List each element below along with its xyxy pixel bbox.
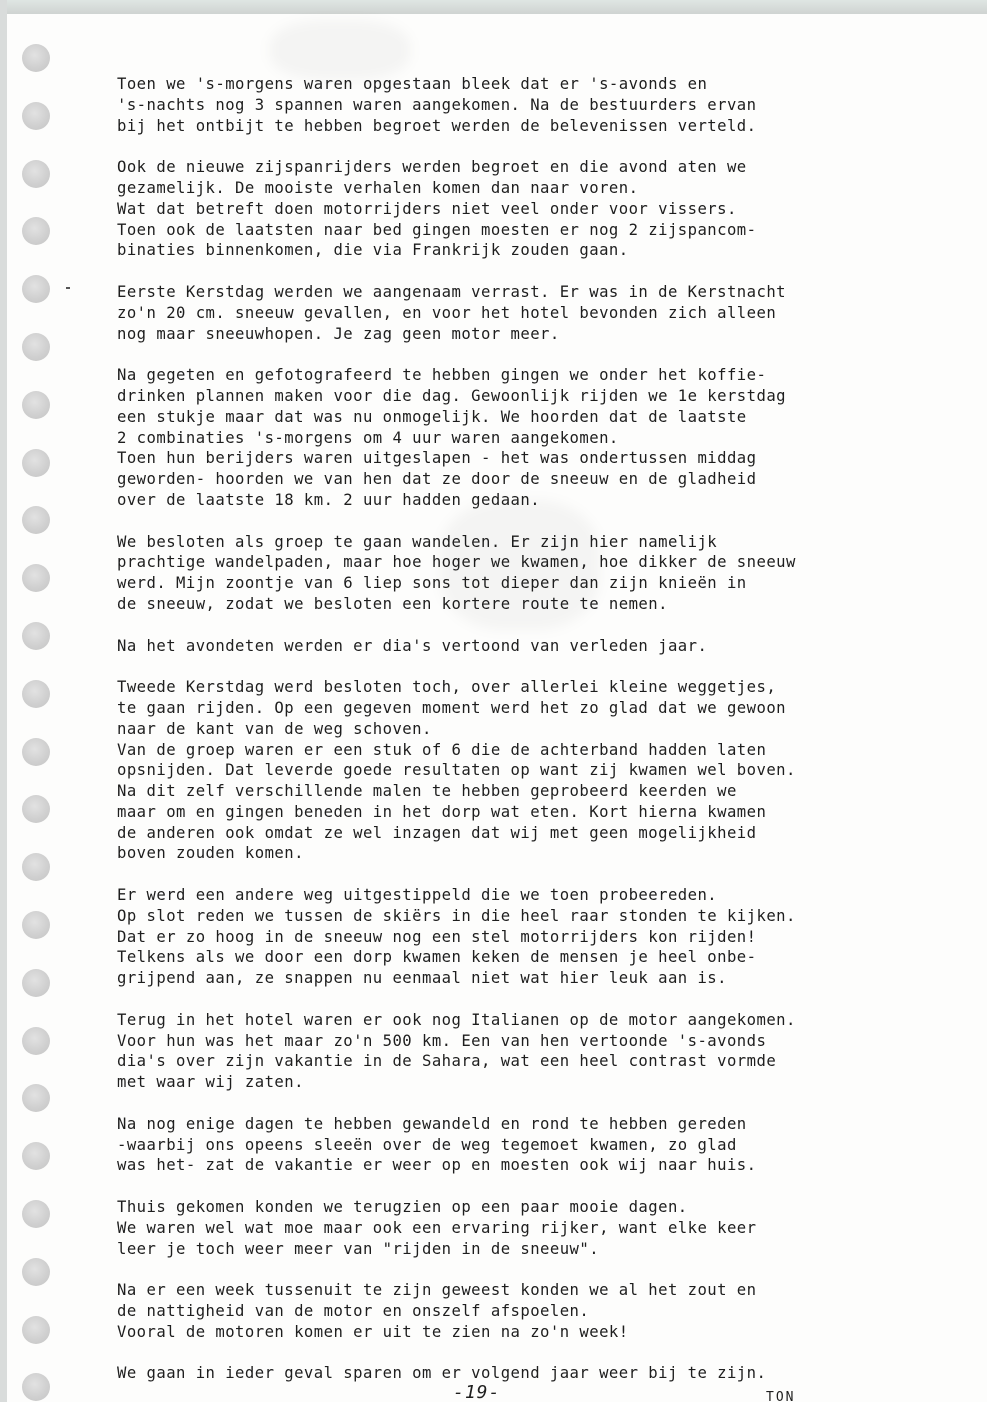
paragraph-gap xyxy=(117,1343,977,1364)
document-body: Toen we 's-morgens waren opgestaan bleek… xyxy=(117,74,977,1384)
binding-hole-icon xyxy=(22,1142,50,1170)
paragraph: Ook de nieuwe zijspanrijders werden begr… xyxy=(117,157,977,261)
binding-hole-icon xyxy=(22,1084,50,1112)
paragraph: Er werd een andere weg uitgestippeld die… xyxy=(117,885,977,989)
binding-hole-icon xyxy=(22,1316,50,1344)
text-line: Van de groep waren er een stuk of 6 die … xyxy=(117,740,977,761)
text-line: Thuis gekomen konden we terugzien op een… xyxy=(117,1197,977,1218)
text-line: werd. Mijn zoontje van 6 liep sons tot d… xyxy=(117,573,977,594)
binding-hole-icon xyxy=(22,275,50,303)
text-line: naar de kant van de weg schoven. xyxy=(117,719,977,740)
binding-hole-icon xyxy=(22,1027,50,1055)
text-line: We besloten als groep te gaan wandelen. … xyxy=(117,532,977,553)
binding-hole-icon xyxy=(22,44,50,72)
text-line: drinken plannen maken voor die dag. Gewo… xyxy=(117,386,977,407)
binding-hole-icon xyxy=(22,1373,50,1401)
text-line: leer je toch weer meer van "rijden in de… xyxy=(117,1239,977,1260)
text-line: 2 combinaties 's-morgens om 4 uur waren … xyxy=(117,428,977,449)
paragraph-gap xyxy=(117,1176,977,1197)
text-line: Vooral de motoren komen er uit te zien n… xyxy=(117,1322,977,1343)
text-line: We waren wel wat moe maar ook een ervari… xyxy=(117,1218,977,1239)
paragraph: Eerste Kerstdag werden we aangenaam verr… xyxy=(117,282,977,344)
text-line: binaties binnenkomen, die via Frankrijk … xyxy=(117,240,977,261)
text-line: zo'n 20 cm. sneeuw gevallen, en voor het… xyxy=(117,303,977,324)
paragraph: Na gegeten en gefotografeerd te hebben g… xyxy=(117,365,977,511)
binding-hole-icon xyxy=(22,795,50,823)
binding-hole-icon xyxy=(22,449,50,477)
text-line: maar om en gingen beneden in het dorp wa… xyxy=(117,802,977,823)
text-line: de nattigheid van de motor en onszelf af… xyxy=(117,1301,977,1322)
paragraph: Toen we 's-morgens waren opgestaan bleek… xyxy=(117,74,977,136)
stray-mark xyxy=(66,287,70,289)
page-number: -19- xyxy=(453,1382,500,1402)
text-line: Op slot reden we tussen de skiërs in die… xyxy=(117,906,977,927)
paragraph-gap xyxy=(117,1093,977,1114)
binding-hole-icon xyxy=(22,853,50,881)
text-line: geworden- hoorden we van hen dat ze door… xyxy=(117,469,977,490)
binding-hole-icon xyxy=(22,333,50,361)
text-line: Na nog enige dagen te hebben gewandeld e… xyxy=(117,1114,977,1135)
text-line: Na het avondeten werden er dia's vertoon… xyxy=(117,636,977,657)
text-line: was het- zat de vakantie er weer op en m… xyxy=(117,1155,977,1176)
paragraph: We gaan in ieder geval sparen om er volg… xyxy=(117,1363,977,1384)
text-line: prachtige wandelpaden, maar hoe hoger we… xyxy=(117,552,977,573)
text-line: met waar wij zaten. xyxy=(117,1072,977,1093)
text-line: Ook de nieuwe zijspanrijders werden begr… xyxy=(117,157,977,178)
paragraph: Tweede Kerstdag werd besloten toch, over… xyxy=(117,677,977,864)
binding-hole-icon xyxy=(22,738,50,766)
binding-hole-icon xyxy=(22,391,50,419)
text-line: boven zouden komen. xyxy=(117,843,977,864)
text-line: Wat dat betreft doen motorrijders niet v… xyxy=(117,199,977,220)
text-line: gezamelijk. De mooiste verhalen komen da… xyxy=(117,178,977,199)
binding-hole-icon xyxy=(22,102,50,130)
text-line: grijpend aan, ze snappen nu eenmaal niet… xyxy=(117,968,977,989)
text-line: 's-nachts nog 3 spannen waren aangekomen… xyxy=(117,95,977,116)
binding-hole-icon xyxy=(22,506,50,534)
text-line: Tweede Kerstdag werd besloten toch, over… xyxy=(117,677,977,698)
paragraph-gap xyxy=(117,1259,977,1280)
binding-holes xyxy=(0,0,80,1402)
binding-hole-icon xyxy=(22,217,50,245)
text-line: bij het ontbijt te hebben begroet werden… xyxy=(117,116,977,137)
paragraph: We besloten als groep te gaan wandelen. … xyxy=(117,532,977,615)
scan-top-edge xyxy=(0,0,987,14)
text-line: We gaan in ieder geval sparen om er volg… xyxy=(117,1363,977,1384)
binding-hole-icon xyxy=(22,680,50,708)
text-line: Telkens als we door een dorp kwamen keke… xyxy=(117,947,977,968)
paragraph: Na er een week tussenuit te zijn geweest… xyxy=(117,1280,977,1342)
text-line: opsnijden. Dat leverde goede resultaten … xyxy=(117,760,977,781)
paragraph: Na nog enige dagen te hebben gewandeld e… xyxy=(117,1114,977,1176)
paragraph: Terug in het hotel waren er ook nog Ital… xyxy=(117,1010,977,1093)
text-line: -waarbij ons opeens sleeën over de weg t… xyxy=(117,1135,977,1156)
text-line: een stukje maar dat was nu onmogelijk. W… xyxy=(117,407,977,428)
text-line: te gaan rijden. Op een gegeven moment we… xyxy=(117,698,977,719)
text-line: Toen ook de laatsten naar bed gingen moe… xyxy=(117,220,977,241)
text-line: Er werd een andere weg uitgestippeld die… xyxy=(117,885,977,906)
text-line: Dat er zo hoog in de sneeuw nog een stel… xyxy=(117,927,977,948)
paragraph-gap xyxy=(117,615,977,636)
author-signature: TON xyxy=(766,1390,795,1402)
text-line: Toen we 's-morgens waren opgestaan bleek… xyxy=(117,74,977,95)
paragraph-gap xyxy=(117,656,977,677)
binding-hole-icon xyxy=(22,160,50,188)
binding-hole-icon xyxy=(22,1258,50,1286)
binding-hole-icon xyxy=(22,969,50,997)
text-line: de anderen ook omdat ze wel inzagen dat … xyxy=(117,823,977,844)
text-line: Na er een week tussenuit te zijn geweest… xyxy=(117,1280,977,1301)
binding-hole-icon xyxy=(22,1200,50,1228)
text-line: de sneeuw, zodat we besloten een kortere… xyxy=(117,594,977,615)
paragraph: Na het avondeten werden er dia's vertoon… xyxy=(117,636,977,657)
paragraph-gap xyxy=(117,511,977,532)
binding-hole-icon xyxy=(22,622,50,650)
paragraph-gap xyxy=(117,344,977,365)
text-line: Na dit zelf verschillende malen te hebbe… xyxy=(117,781,977,802)
text-line: nog maar sneeuwhopen. Je zag geen motor … xyxy=(117,324,977,345)
binding-hole-icon xyxy=(22,911,50,939)
paragraph: Thuis gekomen konden we terugzien op een… xyxy=(117,1197,977,1259)
paragraph-gap xyxy=(117,864,977,885)
text-line: Voor hun was het maar zo'n 500 km. Een v… xyxy=(117,1031,977,1052)
text-line: Na gegeten en gefotografeerd te hebben g… xyxy=(117,365,977,386)
text-line: Terug in het hotel waren er ook nog Ital… xyxy=(117,1010,977,1031)
text-line: Eerste Kerstdag werden we aangenaam verr… xyxy=(117,282,977,303)
paragraph-gap xyxy=(117,261,977,282)
text-line: over de laatste 18 km. 2 uur hadden geda… xyxy=(117,490,977,511)
text-line: Toen hun berijders waren uitgeslapen - h… xyxy=(117,448,977,469)
paragraph-gap xyxy=(117,989,977,1010)
text-line: dia's over zijn vakantie in de Sahara, w… xyxy=(117,1051,977,1072)
binding-hole-icon xyxy=(22,564,50,592)
paragraph-gap xyxy=(117,136,977,157)
